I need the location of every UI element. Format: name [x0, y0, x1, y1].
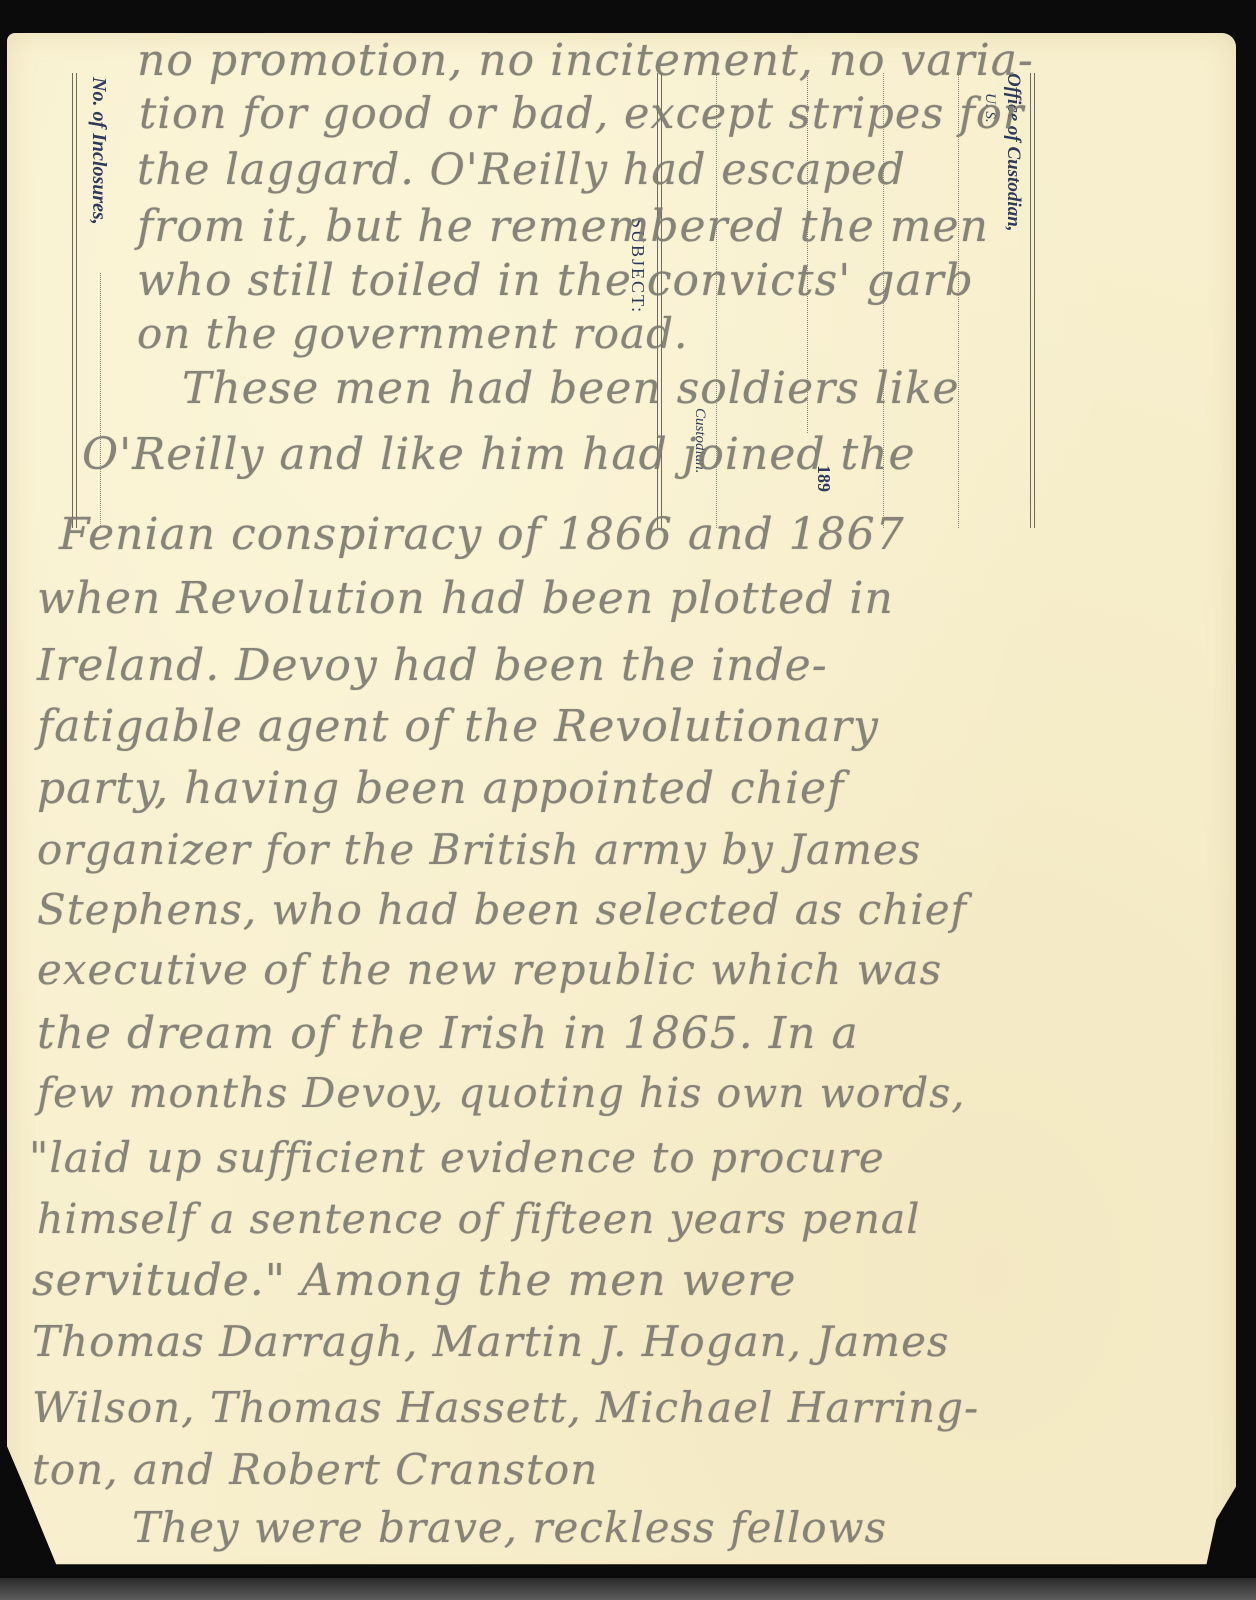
manuscript-line: Ireland. Devoy had been the inde- — [37, 640, 828, 691]
manuscript-line: tion for good or bad, except stripes for — [139, 89, 1024, 139]
manuscript-line: These men had been soldiers like — [182, 363, 960, 414]
handwritten-text: no promotion, no incitement, no varia- t… — [7, 33, 1236, 1586]
manuscript-line: the laggard. O'Reilly had escaped — [137, 145, 906, 195]
manuscript-line: Fenian conspiracy of 1866 and 1867 — [59, 509, 905, 560]
manuscript-line: Wilson, Thomas Hassett, Michael Harring- — [32, 1383, 979, 1432]
manuscript-line: the dream of the Irish in 1865. In a — [37, 1008, 859, 1059]
manuscript-line: ton, and Robert Cranston — [32, 1445, 598, 1494]
manuscript-line: who still toiled in the convicts' garb — [137, 255, 974, 306]
manuscript-line: They were brave, reckless fellows — [132, 1503, 887, 1552]
manuscript-line: "laid up sufficient evidence to procure — [29, 1133, 885, 1182]
manuscript-line: fatigable agent of the Revolutionary — [37, 701, 879, 752]
manuscript-line: party, having been appointed chief — [37, 763, 844, 814]
scanner-bed-edge — [0, 1578, 1256, 1600]
manuscript-line: no promotion, no incitement, no varia- — [137, 35, 1034, 86]
manuscript-line: O'Reilly and like him had joined the — [82, 429, 916, 480]
manuscript-line: Stephens, who had been selected as chief — [37, 885, 967, 934]
manuscript-line: himself a sentence of fifteen years pena… — [37, 1195, 920, 1243]
manuscript-line: on the government road. — [137, 309, 688, 358]
manuscript-line: servitude." Among the men were — [32, 1255, 796, 1306]
manuscript-line: few months Devoy, quoting his own words, — [37, 1069, 965, 1117]
manuscript-line: when Revolution had been plotted in — [37, 573, 894, 624]
manuscript-line: Thomas Darragh, Martin J. Hogan, James — [32, 1317, 949, 1366]
manuscript-page: No. of Inclosures, SUBJECT: Custodian. 1… — [7, 33, 1236, 1586]
manuscript-line: organizer for the British army by James — [37, 825, 921, 874]
manuscript-line: executive of the new republic which was — [37, 945, 942, 994]
manuscript-line: from it, but he remembered the men — [137, 201, 989, 252]
